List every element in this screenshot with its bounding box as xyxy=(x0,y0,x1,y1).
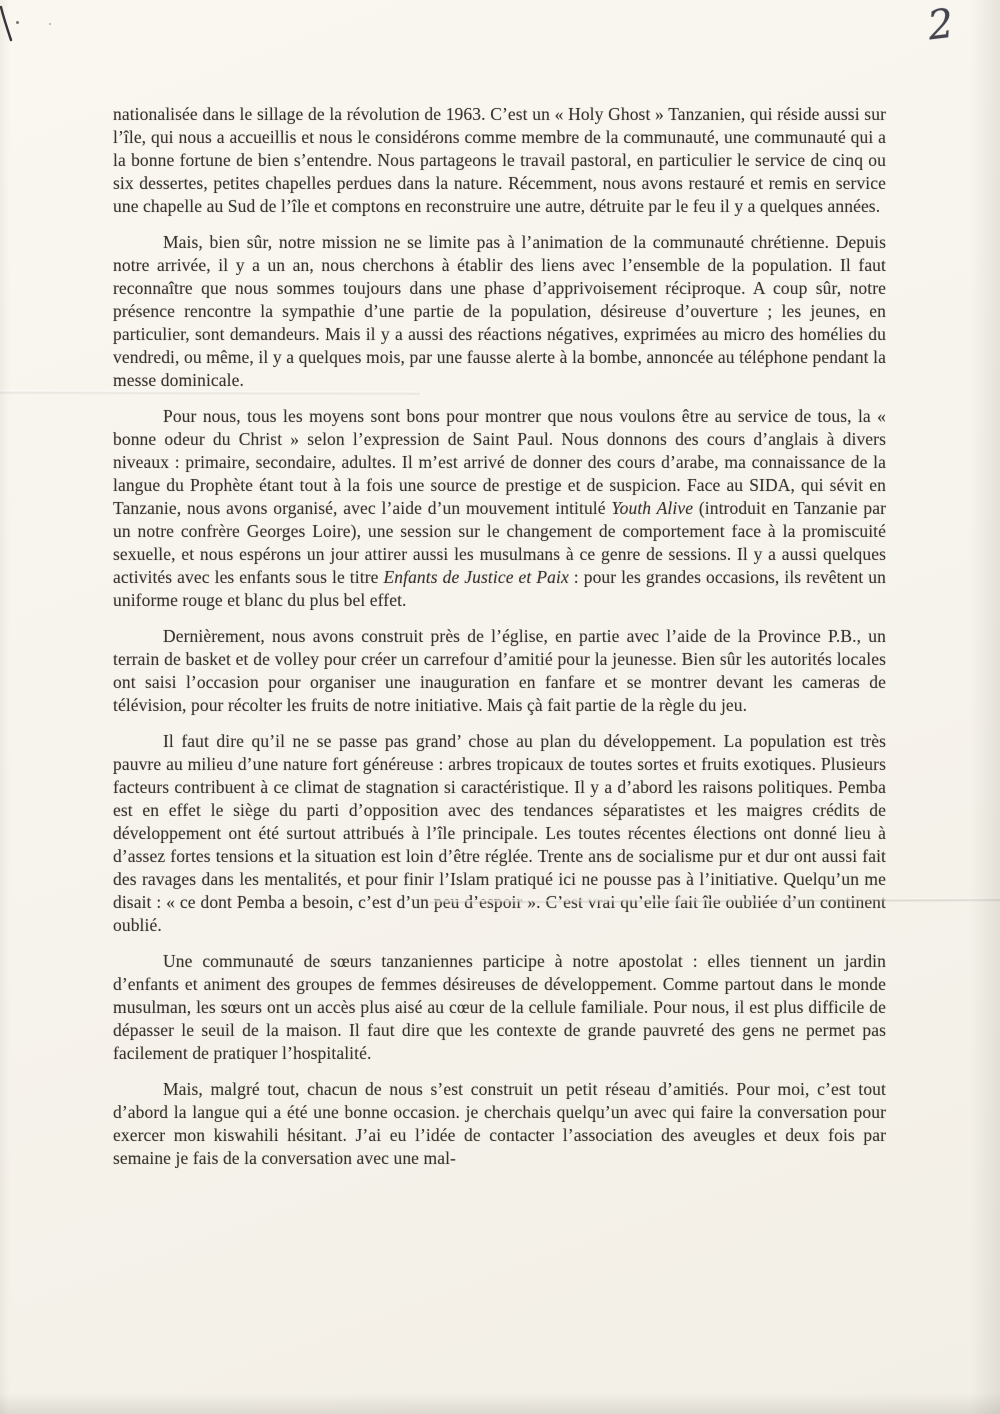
text-run: Mais, bien sûr, notre mission ne se limi… xyxy=(113,232,886,390)
handwritten-page-number: 2 xyxy=(925,1,956,50)
paragraph: Mais, malgré tout, chacun de nous s’est … xyxy=(113,1078,886,1170)
text-run: Mais, malgré tout, chacun de nous s’est … xyxy=(113,1079,886,1168)
text-run: Dernièrement, nous avons construit près … xyxy=(113,626,886,715)
text-run: nationalisée dans le sillage de la révol… xyxy=(113,104,886,216)
paragraph: Il faut dire qu’il ne se passe pas grand… xyxy=(113,730,886,937)
paper-speck xyxy=(49,23,51,25)
text-run: Une communauté de sœurs tanzaniennes par… xyxy=(113,951,886,1063)
paragraph: Une communauté de sœurs tanzaniennes par… xyxy=(113,950,886,1065)
paragraph: Dernièrement, nous avons construit près … xyxy=(113,625,886,717)
italic-text-run: Enfants de Justice et Paix xyxy=(383,567,568,587)
paper-speck xyxy=(16,21,19,24)
paragraph: Mais, bien sûr, notre mission ne se limi… xyxy=(113,231,886,392)
text-run: Il faut dire qu’il ne se passe pas grand… xyxy=(113,731,886,935)
document-body: nationalisée dans le sillage de la révol… xyxy=(113,103,886,1183)
paragraph: nationalisée dans le sillage de la révol… xyxy=(113,103,886,218)
scanned-page: 2 nationalisée dans le sillage de la rév… xyxy=(0,0,1000,1414)
italic-text-run: Youth Alive xyxy=(611,498,693,518)
paragraph: Pour nous, tous les moyens sont bons pou… xyxy=(113,405,886,612)
scan-corner-artifact xyxy=(0,0,34,60)
